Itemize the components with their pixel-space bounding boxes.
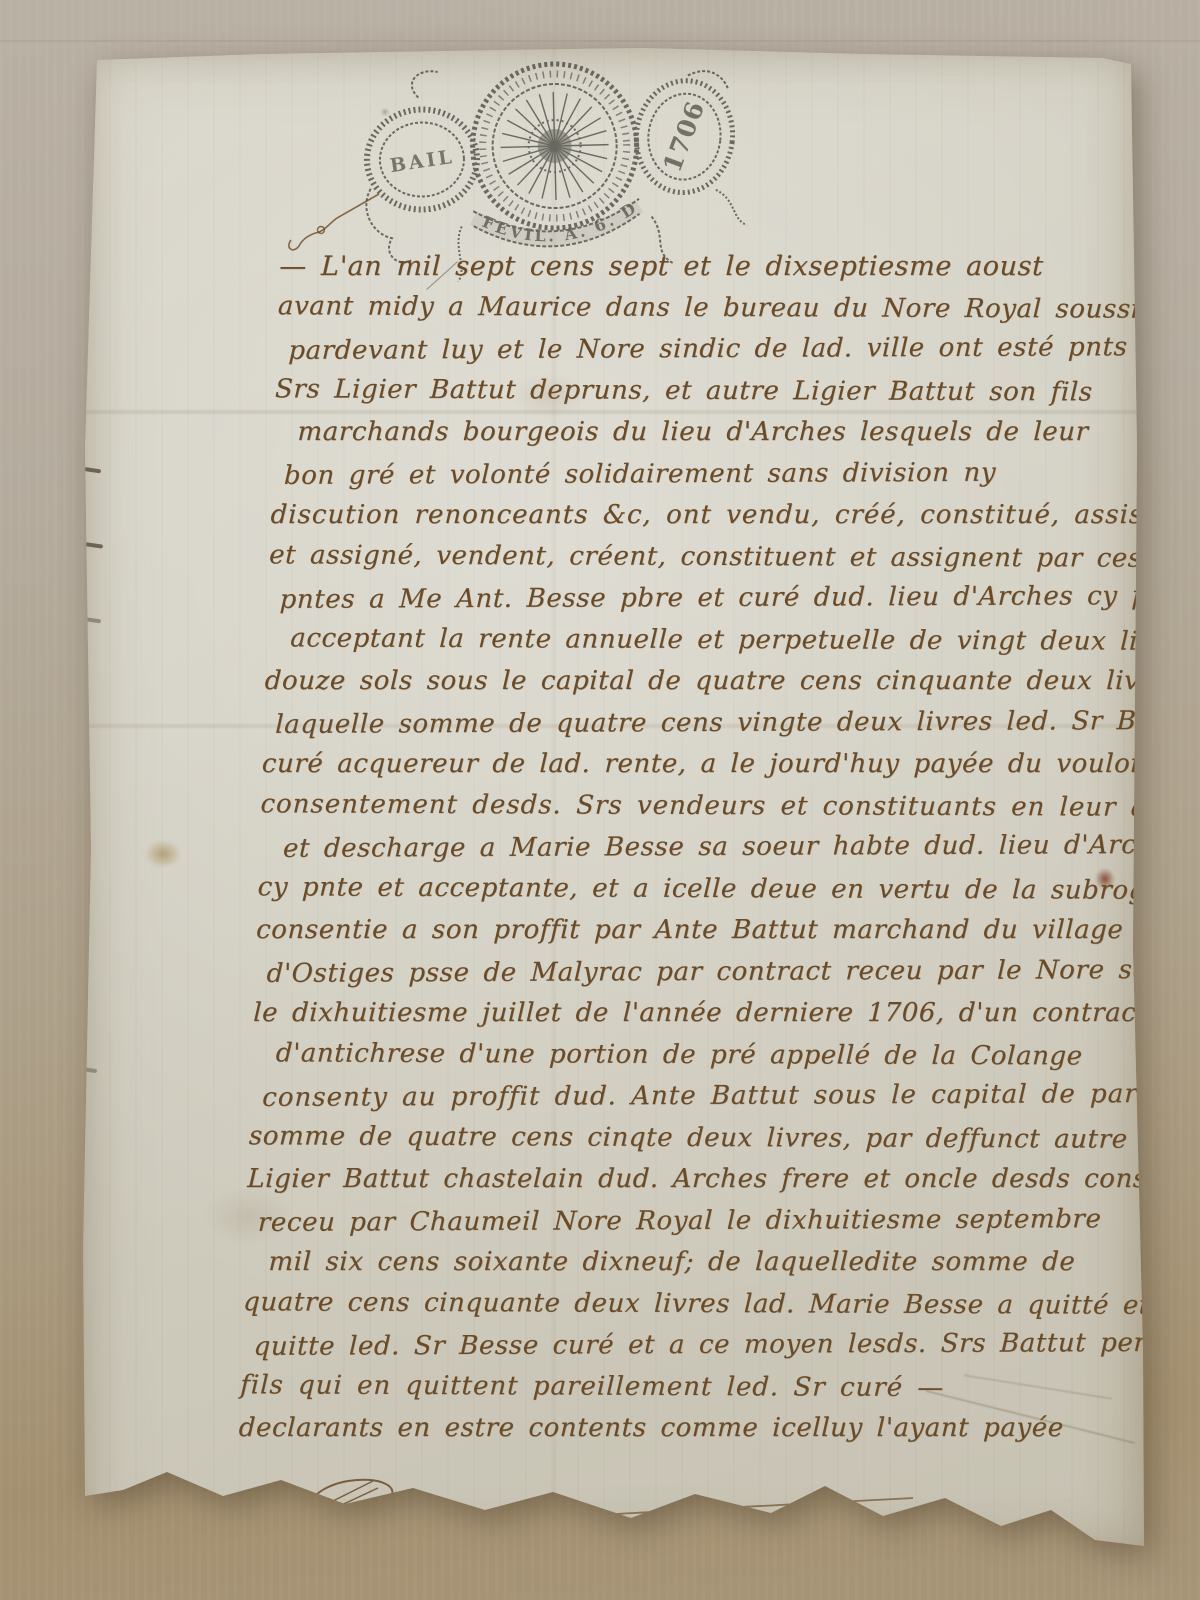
stain bbox=[145, 840, 181, 868]
backdrop-seam bbox=[0, 40, 1200, 42]
manuscript-line: mil six cens soixante dixneuf; de laquel… bbox=[244, 1242, 1129, 1284]
manuscript-line: marchands bourgeois du lieu d'Arches les… bbox=[273, 412, 1158, 454]
manuscript-line: pntes a Me Ant. Besse pbre et curé dud. … bbox=[267, 576, 1152, 621]
manuscript-line: d'antichrese d'une portion de pré appell… bbox=[251, 1033, 1136, 1078]
manuscript-line: Srs Ligier Battut depruns, et autre Ligi… bbox=[274, 369, 1159, 414]
paper-sheet: BAIL bbox=[83, 48, 1145, 1560]
stitch-mark bbox=[81, 617, 101, 624]
manuscript-line: consenty au proffit dud. Ante Battut sou… bbox=[250, 1074, 1135, 1119]
manuscript-line: consentie a son proffit par Ante Battut … bbox=[255, 910, 1140, 952]
manuscript-line: douze sols sous le capital de quatre cen… bbox=[264, 661, 1149, 703]
manuscript-line: discution renonceants &c, ont vendu, cré… bbox=[270, 495, 1155, 537]
manuscript-line: quatre cens cinquante deux livres lad. M… bbox=[242, 1282, 1127, 1327]
manuscript-line: cy pnte et acceptante, et a icelle deue … bbox=[257, 867, 1142, 912]
manuscript-line: et assigné, vendent, créent, constituent… bbox=[268, 535, 1153, 580]
manuscript-line: bon gré et volonté solidairement sans di… bbox=[271, 452, 1156, 497]
sunburst-icon bbox=[499, 91, 610, 202]
stamp-year-label: 1706 bbox=[657, 97, 710, 176]
manuscript-line: declarants en estre contents comme icell… bbox=[238, 1408, 1123, 1450]
manuscript-text: — L'an mil sept cens sept et le dixsepti… bbox=[238, 246, 1164, 1450]
manuscript-line: receu par Chaumeil Nore Royal le dixhuit… bbox=[245, 1199, 1130, 1244]
signature-paraph-icon bbox=[293, 1446, 943, 1561]
manuscript-page: BAIL bbox=[83, 48, 1145, 1560]
stitch-mark bbox=[81, 467, 101, 474]
photo-backdrop: BAIL bbox=[0, 0, 1200, 1600]
manuscript-line: pardevant luy et le Nore sindic de lad. … bbox=[276, 327, 1161, 372]
manuscript-line: le dixhuitiesme juillet de l'année derni… bbox=[252, 993, 1137, 1035]
stamp-bail-label: BAIL bbox=[388, 146, 456, 177]
manuscript-line: curé acquereur de lad. rente, a le jourd… bbox=[261, 744, 1146, 786]
manuscript-line: — L'an mil sept cens sept et le dixsepti… bbox=[279, 246, 1164, 288]
manuscript-line: acceptant la rente annuelle et perpetuel… bbox=[266, 618, 1151, 663]
manuscript-line: quitte led. Sr Besse curé et a ce moyen … bbox=[241, 1323, 1126, 1368]
stitch-mark bbox=[79, 541, 103, 548]
manuscript-line: d'Ostiges psse de Malyrac par contract r… bbox=[254, 950, 1139, 995]
manuscript-line: avant midy a Maurice dans le bureau du N… bbox=[277, 286, 1162, 331]
manuscript-line: somme de quatre cens cinqte deux livres,… bbox=[248, 1116, 1133, 1161]
manuscript-line: laquelle somme de quatre cens vingte deu… bbox=[263, 701, 1148, 746]
manuscript-line: fils qui en quittent pareillement led. S… bbox=[239, 1365, 1124, 1410]
manuscript-line: Ligier Battut chastelain dud. Arches fre… bbox=[247, 1159, 1132, 1201]
manuscript-line: consentement desds. Srs vendeurs et cons… bbox=[260, 784, 1145, 829]
stitch-mark bbox=[81, 1067, 97, 1073]
manuscript-line: et descharge a Marie Besse sa soeur habt… bbox=[258, 825, 1143, 870]
